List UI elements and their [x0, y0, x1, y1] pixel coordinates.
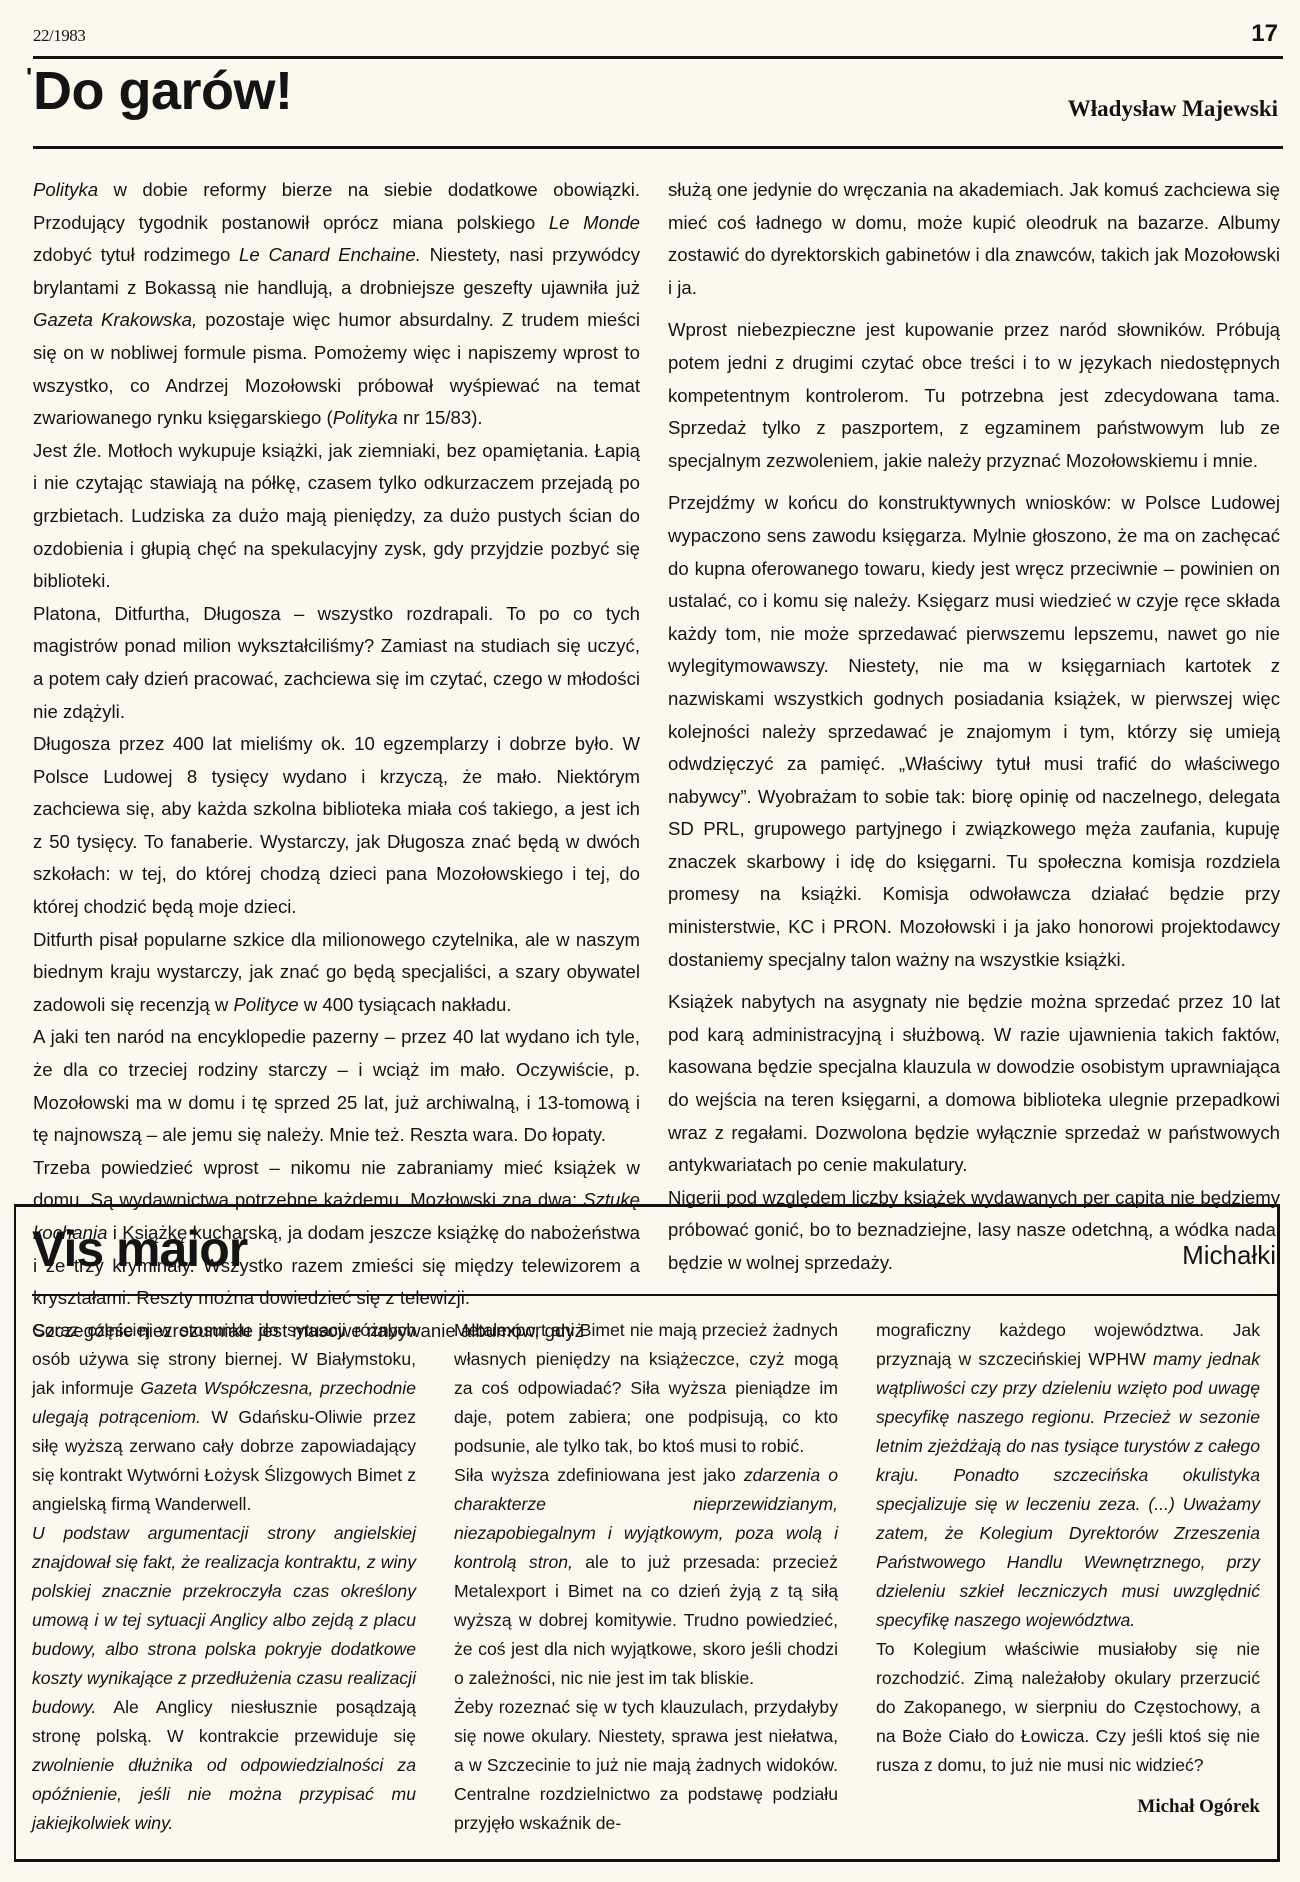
text-run: Książek nabytych na asygnaty nie będzie … — [668, 991, 1280, 1175]
italic-text: Polityce — [234, 994, 299, 1015]
stray-mark: ʹ — [26, 62, 32, 93]
box-column-3: mograficzny każdego województwa. Jak prz… — [876, 1316, 1260, 1821]
italic-text: Le Canard Enchaine. — [239, 244, 421, 265]
text-run: służą one jedynie do wręczania na akadem… — [668, 179, 1280, 298]
box-column-1: Coraz częściej w stosunku do sytuacji ró… — [32, 1316, 416, 1838]
box-rubric: Michałki — [1182, 1240, 1276, 1271]
text-run: To Kolegium właściwie musiałoby się nie … — [876, 1639, 1260, 1775]
paragraph: Jest źle. Motłoch wykupuje książki, jak … — [33, 435, 640, 598]
paragraph: Wprost niebezpieczne jest kupowanie prze… — [668, 314, 1280, 477]
paragraph: Długosza przez 400 lat mieliśmy ok. 10 e… — [33, 728, 640, 924]
italic-text: U podstaw argumentacji strony angielskie… — [32, 1523, 416, 1717]
text-run: Wprost niebezpieczne jest kupowanie prze… — [668, 319, 1280, 470]
article-author: Władysław Majewski — [1068, 96, 1278, 122]
paragraph: Ditfurth pisał popularne szkice dla mili… — [33, 924, 640, 1022]
paragraph: Metalexport ani Bimet nie mają przecież … — [454, 1316, 838, 1461]
text-run: Metalexport ani Bimet nie mają przecież … — [454, 1320, 838, 1456]
text-run: nr 15/83). — [398, 407, 483, 428]
italic-text: zwolnienie dłużnika od odpowiedzialności… — [32, 1755, 416, 1833]
box-column-2: Metalexport ani Bimet nie mają przecież … — [454, 1316, 838, 1838]
paragraph: Platona, Ditfurtha, Długosza – wszystko … — [33, 598, 640, 728]
paragraph: mograficzny każdego województwa. Jak prz… — [876, 1316, 1260, 1635]
box-title-rule — [32, 1294, 1280, 1296]
title-rule — [33, 146, 1283, 149]
text-run: Siła wyższa zdefiniowana jest jako — [454, 1465, 744, 1485]
article-column-right: służą one jedynie do wręczania na akadem… — [668, 174, 1280, 1280]
paragraph: U podstaw argumentacji strony angielskie… — [32, 1519, 416, 1838]
text-run: Przejdźmy w końcu do konstruktywnych wni… — [668, 492, 1280, 969]
italic-text: mamy jednak wątpliwości czy przy dzielen… — [876, 1349, 1260, 1630]
text-run: Jest źle. Motłoch wykupuje książki, jak … — [33, 440, 640, 591]
page-number: 17 — [1251, 20, 1278, 48]
paragraph: Polityka w dobie reformy bierze na siebi… — [33, 174, 640, 435]
signature: Michał Ogórek — [876, 1792, 1260, 1821]
top-rule — [33, 56, 1283, 59]
text-run: w 400 tysiącach nakładu. — [299, 994, 512, 1015]
paragraph: A jaki ten naród na encyklopedie pazerny… — [33, 1021, 640, 1151]
italic-text: Gazeta Krakowska, — [33, 309, 197, 330]
text-run: Platona, Ditfurtha, Długosza – wszystko … — [33, 603, 640, 722]
italic-text: Polityka — [333, 407, 398, 428]
text-run: Długosza przez 400 lat mieliśmy ok. 10 e… — [33, 733, 640, 917]
issue-number: 22/1983 — [33, 26, 85, 46]
text-run: A jaki ten naród na encyklopedie pazerny… — [33, 1026, 640, 1145]
text-run: Trzeba powiedzieć wprost – nikomu nie za… — [33, 1157, 640, 1211]
article-title: Do garów! — [33, 64, 293, 118]
text-run: Żeby rozeznać się w tych klauzulach, prz… — [454, 1697, 838, 1833]
paragraph: Coraz częściej w stosunku do sytuacji ró… — [32, 1316, 416, 1519]
paragraph: Przejdźmy w końcu do konstruktywnych wni… — [668, 487, 1280, 976]
paragraph: To Kolegium właściwie musiałoby się nie … — [876, 1635, 1260, 1780]
article-column-left: Polityka w dobie reformy bierze na siebi… — [33, 174, 640, 1347]
text-run: zdobyć tytuł rodzimego — [33, 244, 239, 265]
paragraph: Żeby rozeznać się w tych klauzulach, prz… — [454, 1693, 838, 1838]
paragraph: Siła wyższa zdefiniowana jest jako zdarz… — [454, 1461, 838, 1693]
box-title: Vis maior — [32, 1224, 247, 1274]
italic-text: Le Monde — [549, 212, 640, 233]
paragraph: Książek nabytych na asygnaty nie będzie … — [668, 986, 1280, 1182]
paragraph: służą one jedynie do wręczania na akadem… — [668, 174, 1280, 304]
text-run: ale to już przesada: przecież Metalexpor… — [454, 1552, 838, 1688]
italic-text: Polityka — [33, 179, 98, 200]
